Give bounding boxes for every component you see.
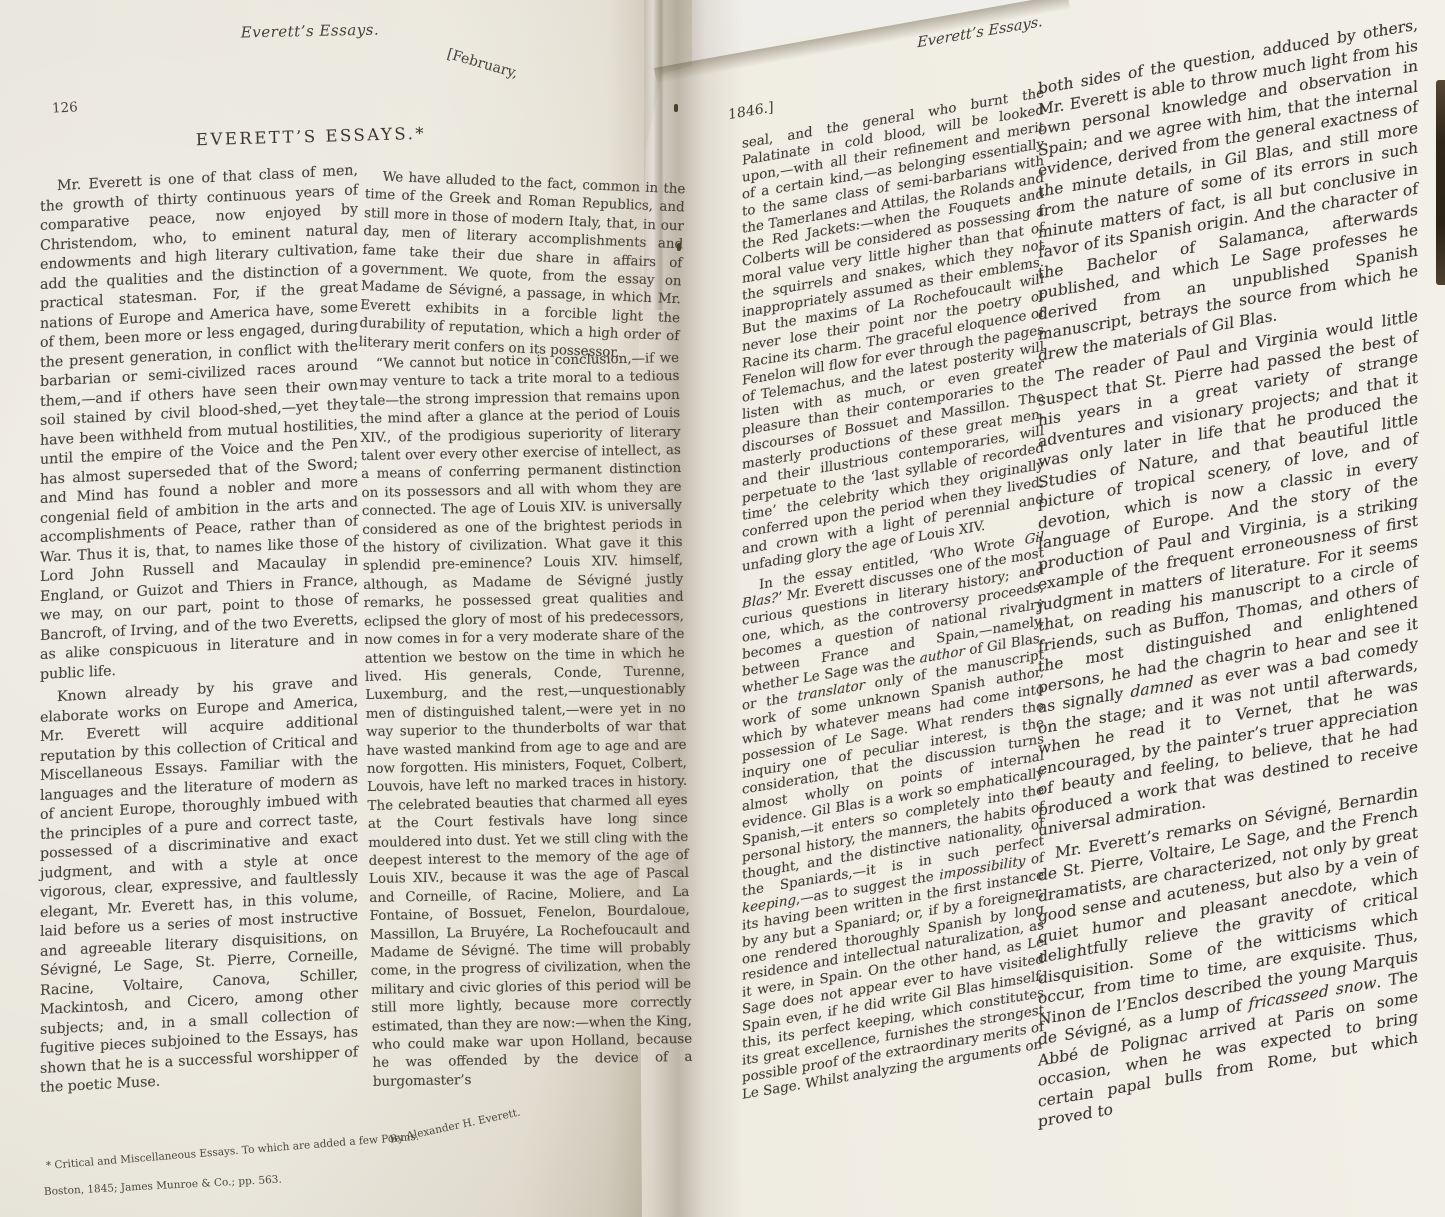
left-column-1: Mr. Everett is one of that class of men,… [40,161,358,1098]
left-column-2: We have alluded to the fact, common in t… [366,168,686,1092]
paragraph: both sides of the question, adduced by o… [1038,15,1418,366]
paragraph: “We cannot but notice in conclusion,—if … [359,350,693,1092]
right-page-content: Everett’s Essays. 1846.] seal, and the g… [700,0,1442,1217]
binding-stitch-dot [677,243,681,251]
book-edge-dark-strip [1436,80,1445,285]
paragraph: We have alluded to the fact, common in t… [358,168,685,365]
right-column-2: both sides of the question, adduced by o… [1038,15,1418,1133]
paragraph: Mr. Everett is one of that class of men,… [40,161,358,685]
paragraph: seal, and the general who burnt the Pala… [742,86,1044,577]
binding-stitch-dot [674,104,678,112]
right-column-1: seal, and the general who burnt the Pala… [742,86,1044,1105]
paragraph: The reader of Paul and Virginia would li… [1038,306,1418,842]
year-header: 1846.] [728,100,774,124]
left-page-number: 126 [52,99,79,116]
paragraph: In the essay entitled, ‘Who Wrote Gil Bl… [742,529,1044,1104]
paragraph: Mr. Everett’s remarks on Sévigné, Bernar… [1038,781,1418,1132]
book-spread-photo: Everett’s Essays. 126 [February, EVERETT… [0,0,1445,1217]
right-running-head: Everett’s Essays. [870,6,1090,59]
paragraph: Known already by his grave and elaborate… [40,672,358,1098]
